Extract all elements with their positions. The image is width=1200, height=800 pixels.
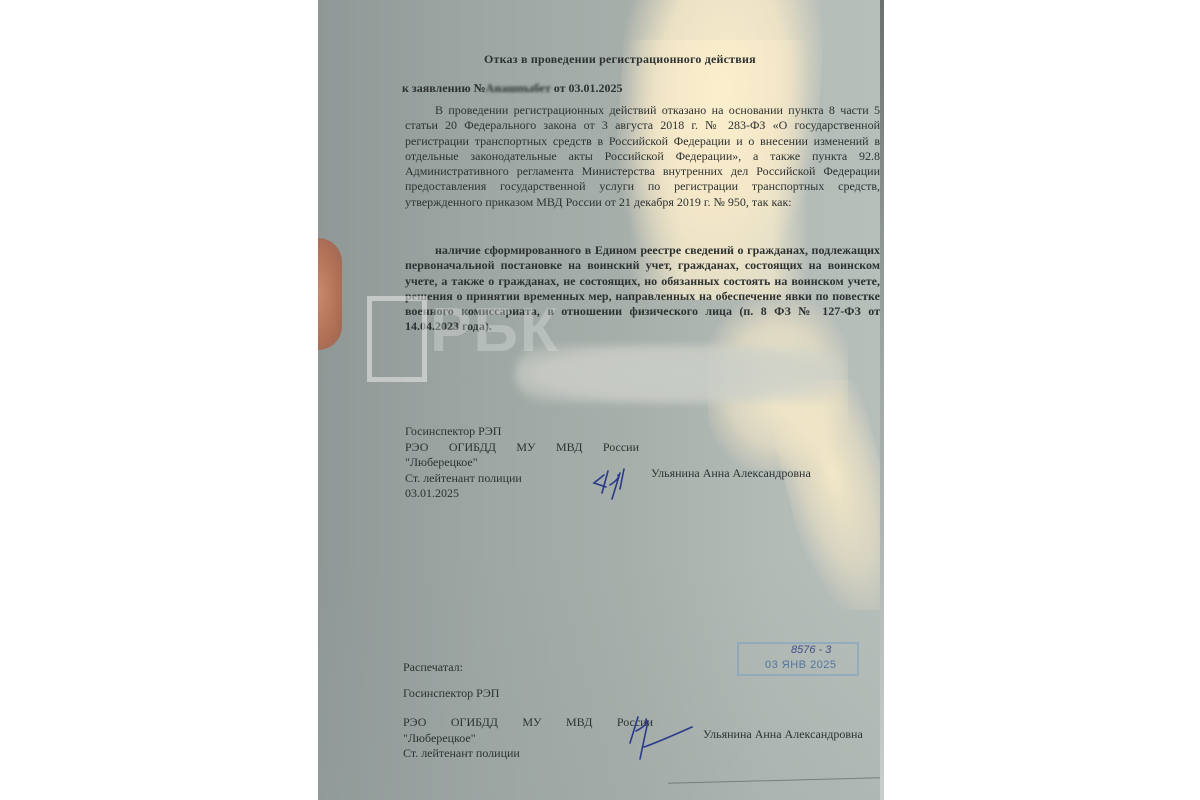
stamp-date: 03 ЯНВ 2025	[765, 659, 837, 671]
org-word: РЭО	[405, 440, 428, 456]
rank: Ст. лейтенант полиции	[403, 746, 653, 762]
reference-prefix: к заявлению №	[402, 81, 486, 95]
body-paragraph: В проведении регистрационных действий от…	[405, 103, 880, 210]
document: Отказ в проведении регистрационного дейс…	[0, 0, 1200, 800]
org-word: ОГИБДД	[449, 440, 496, 456]
application-reference: к заявлению №Анашпыбет от 03.01.2025	[402, 81, 622, 96]
printed-label: Распечатал:	[403, 660, 653, 676]
watermark-text: РБК	[430, 300, 560, 362]
registration-stamp: 8576 - 3 03 ЯНВ 2025	[737, 642, 859, 676]
organization: РЭО ОГИБДД МУ МВД России	[403, 715, 653, 731]
stamp-handwritten-number: 8576 - 3	[791, 644, 831, 656]
document-title: Отказ в проведении регистрационного дейс…	[484, 52, 756, 67]
organization: РЭО ОГИБДД МУ МВД России	[405, 440, 639, 456]
org-word: ОГИБДД	[451, 715, 498, 731]
signature-line	[668, 777, 880, 784]
org-word: МУ	[516, 440, 535, 456]
signature-icon	[622, 713, 702, 763]
reference-date: от 03.01.2025	[554, 81, 623, 95]
org-word: России	[603, 440, 639, 456]
printed-by-block: Распечатал: Госинспектор РЭП РЭО ОГИБДД …	[403, 660, 653, 762]
org-unit: "Люберецкое"	[403, 731, 653, 747]
redacted-area	[515, 345, 845, 403]
watermark-logo	[367, 296, 427, 382]
org-word: МВД	[556, 440, 582, 456]
org-word: РЭО	[403, 715, 426, 731]
inspector-position: Госинспектор РЭП	[405, 424, 639, 440]
inspector-name: Ульянина Анна Александровна	[651, 466, 811, 481]
printer-position: Госинспектор РЭП	[403, 686, 653, 702]
org-word: МВД	[566, 715, 592, 731]
signature-icon	[590, 463, 640, 503]
printer-name: Ульянина Анна Александровна	[703, 727, 863, 742]
reference-number-redacted: Анашпыбет	[486, 81, 551, 95]
org-word: МУ	[522, 715, 541, 731]
